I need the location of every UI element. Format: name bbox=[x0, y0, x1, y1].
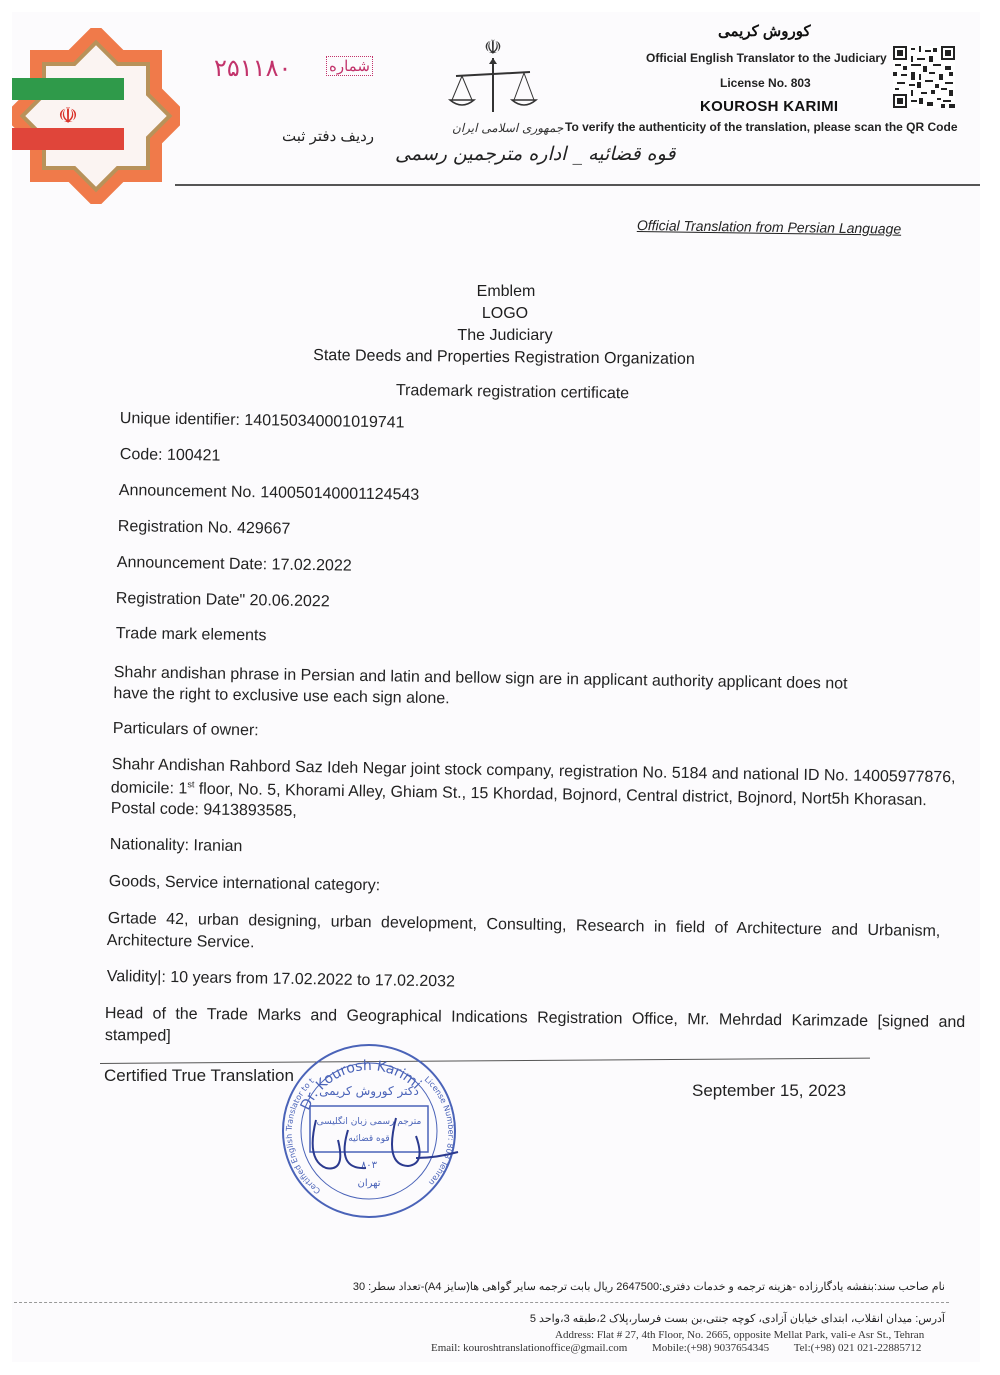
footer-divider bbox=[14, 1302, 949, 1303]
footer-address-persian: آدرس: میدان انقلاب، ابتدای خیابان آزادی،… bbox=[520, 1312, 945, 1325]
svg-text:مترجم رسمی زبان انگلیسی: مترجم رسمی زبان انگلیسی bbox=[317, 1115, 422, 1127]
registration-number-field: Registration No. 429667 bbox=[118, 518, 291, 539]
svg-text:☫: ☫ bbox=[484, 35, 502, 59]
translator-title: Official English Translator to the Judic… bbox=[646, 51, 887, 65]
code: Code: 100421 bbox=[120, 446, 221, 466]
registration-date: Registration Date" 20.06.2022 bbox=[116, 590, 330, 611]
signature-date: September 15, 2023 bbox=[692, 1081, 846, 1101]
footer-mobile: Mobile:(+98) 9037654345 bbox=[652, 1342, 769, 1354]
category-line-2: Architecture Service. bbox=[107, 932, 255, 952]
svg-text:۸۰۳: ۸۰۳ bbox=[361, 1160, 378, 1171]
svg-text:☫: ☫ bbox=[58, 104, 78, 129]
verify-note: To verify the authenticity of the transl… bbox=[565, 120, 958, 134]
document-title-block: Emblem LOGO The Judiciary State Deeds an… bbox=[0, 281, 1000, 369]
iran-flag-star-emblem-icon: ☫ bbox=[12, 28, 180, 204]
translator-name-persian: کوروش کریمی bbox=[718, 22, 811, 40]
registration-number-label: شماره bbox=[326, 56, 373, 76]
title-logo: LOGO bbox=[10, 303, 1000, 325]
owner-line-3: Postal code: 9413893585, bbox=[111, 800, 297, 821]
footer-email[interactable]: Email: kouroshtranslationoffice@gmail.co… bbox=[431, 1342, 627, 1354]
footer-fee-line: نام صاحب سند:بنفشه یادگارزاده -هزینه ترج… bbox=[335, 1280, 945, 1293]
svg-text:دکتر کوروش کریمی: دکتر کوروش کریمی bbox=[319, 1084, 419, 1099]
title-emblem: Emblem bbox=[12, 281, 1000, 303]
judiciary-subtitle: جمهوری اسلامی ایران bbox=[452, 121, 563, 135]
head-line-2: stamped] bbox=[105, 1027, 171, 1046]
translator-name: KOUROSH KARIMI bbox=[700, 98, 838, 115]
announcement-date: Announcement Date: 17.02.2022 bbox=[117, 554, 352, 576]
certified-true-translation: Certified True Translation bbox=[104, 1066, 294, 1086]
header-divider bbox=[175, 184, 980, 186]
trademark-elements-label: Trade mark elements bbox=[116, 625, 267, 645]
svg-text:تهران: تهران bbox=[357, 1178, 380, 1189]
svg-text:قوه قضائیه: قوه قضائیه bbox=[348, 1134, 389, 1144]
owner-label: Particulars of owner: bbox=[113, 720, 259, 740]
footer-tel: Tel:(+98) 021 021-22885712 bbox=[794, 1342, 922, 1354]
footer-address-english: Address: Flat # 27, 4th Floor, No. 2665,… bbox=[555, 1329, 924, 1341]
register-row-label: ردیف دفتر ثبت bbox=[282, 127, 374, 145]
judiciary-scales-icon: ☫ bbox=[448, 34, 538, 124]
footer-contact: Email: kouroshtranslationoffice@gmail.co… bbox=[431, 1342, 921, 1354]
nationality: Nationality: Iranian bbox=[110, 836, 243, 856]
qr-code-icon[interactable] bbox=[893, 46, 955, 108]
registration-number: ۲۵۱۱۸۰ bbox=[214, 54, 291, 82]
translator-stamp-icon: Dr. Kourosh Karimi Certified English Tra… bbox=[276, 1040, 462, 1222]
judiciary-office-name: قوه قضائیه _ اداره مترجمین رسمی bbox=[395, 143, 676, 165]
translator-license: License No. 803 bbox=[720, 76, 811, 90]
certificate-type: Trademark registration certificate bbox=[396, 382, 629, 403]
